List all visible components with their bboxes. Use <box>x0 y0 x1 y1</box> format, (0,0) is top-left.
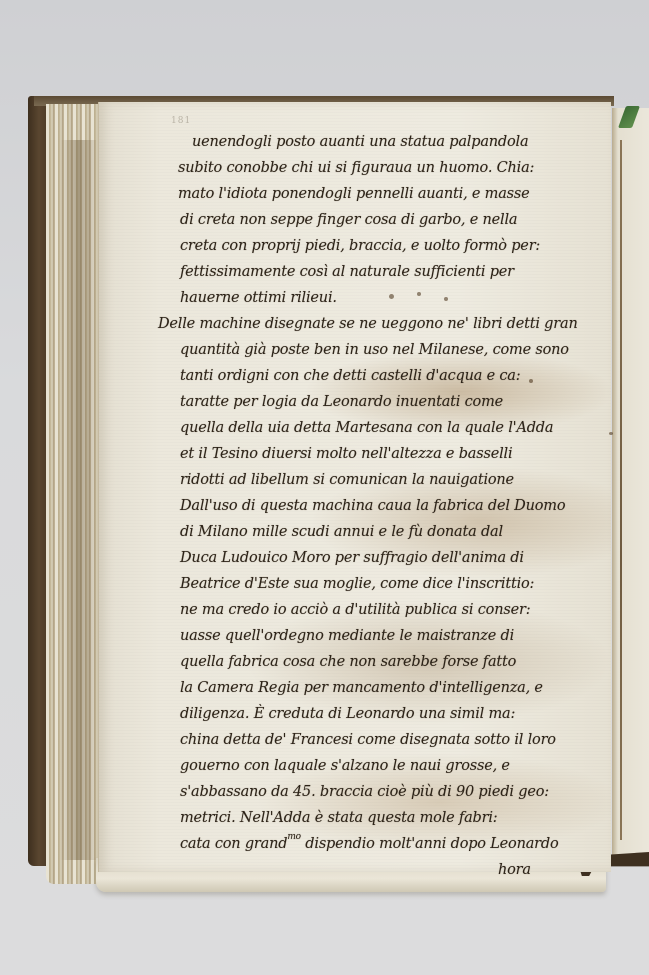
text-line: s'abbassano da 45. braccia cioè più di 9… <box>180 778 549 806</box>
text-line: uenendogli posto auanti una statua palpa… <box>192 128 528 156</box>
ink-blot <box>417 292 421 296</box>
text-line: Dall'uso di questa machina caua la fabri… <box>180 492 565 520</box>
text-line: quella fabrica cosa che non sarebbe fors… <box>180 648 516 676</box>
text-line: china detta de' Francesi come disegnata … <box>180 726 556 754</box>
text-line: quella della uia detta Martesana con la … <box>180 414 553 442</box>
text-line: tanti ordigni con che detti castelli d'a… <box>180 362 520 390</box>
text-line: ne ma credo io acciò a d'utilità publica… <box>180 596 530 624</box>
scan-scene: 181 uenendogli posto auanti una statua p… <box>0 0 649 975</box>
ink-blot <box>444 297 448 301</box>
text-line: quantità già poste ben in uso nel Milane… <box>180 336 569 364</box>
text-line: mato l'idiota ponendogli pennelli auanti… <box>178 180 530 208</box>
folio-number: 181 <box>171 116 191 126</box>
ink-blot <box>389 294 394 299</box>
catchword: hora <box>498 856 531 884</box>
text-line: fettissimamente così al naturale suffici… <box>180 258 514 286</box>
superscript-abbrev: mo <box>287 832 301 842</box>
text-line: Duca Ludouico Moro per suffragio dell'an… <box>180 544 524 572</box>
text-line: creta con proprij piedi, braccia, e uolt… <box>180 232 540 260</box>
page-stack-shadow <box>60 140 96 860</box>
text-line: et il Tesino diuersi molto nell'altezza … <box>180 440 512 468</box>
text-line: la Camera Regia per mancamento d'intelli… <box>180 674 543 702</box>
text-line: diligenza. È creduta di Leonardo una sim… <box>180 700 515 728</box>
text-segment: dispendio molt'anni dopo Leonardo <box>301 836 559 852</box>
text-line: gouerno con laquale s'alzano le naui gro… <box>180 752 510 780</box>
text-line: hauerne ottimi rilieui. <box>180 284 337 312</box>
text-line: taratte per logia da Leonardo inuentati … <box>180 388 503 416</box>
text-line: Beatrice d'Este sua moglie, come dice l'… <box>180 570 534 598</box>
text-line: Delle machine disegnate se ne ueggono ne… <box>158 310 578 338</box>
ink-blot <box>609 432 613 435</box>
text-line: subito conobbe chi ui si figuraua un huo… <box>178 154 534 182</box>
text-line: cata con grandmo dispendio molt'anni dop… <box>180 830 559 858</box>
text-line: ridotti ad libellum si comunican la naui… <box>180 466 514 494</box>
text-line: di Milano mille scudi annui e le fù dona… <box>180 518 503 546</box>
facing-page <box>612 108 649 858</box>
ink-blot <box>529 379 533 383</box>
text-line: uasse quell'ordegno mediante le maistran… <box>180 622 514 650</box>
text-line: metrici. Nell'Adda è stata questa mole f… <box>180 804 497 832</box>
text-segment: cata con grand <box>180 836 287 852</box>
gutter <box>620 140 622 840</box>
text-line: di creta non seppe finger cosa di garbo,… <box>180 206 517 234</box>
